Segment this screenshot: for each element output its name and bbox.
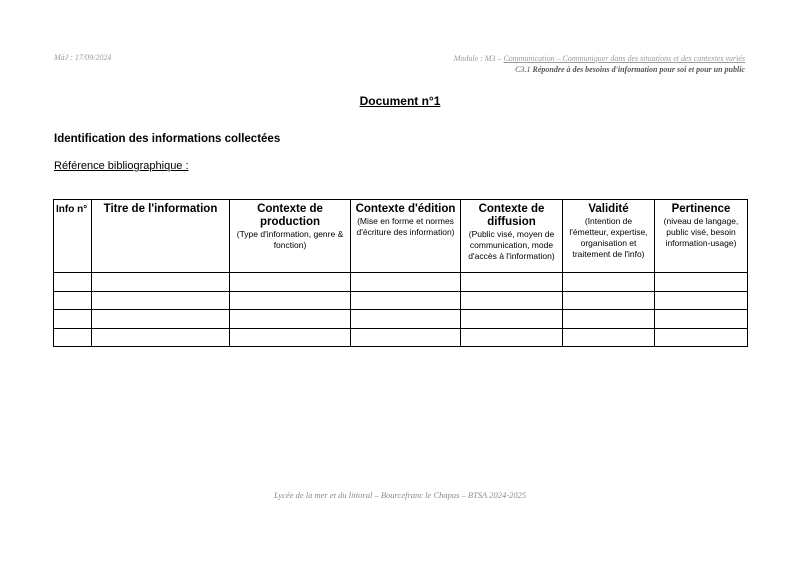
table-cell[interactable] xyxy=(230,310,351,329)
column-header-production-context: Contexte de production (Type d'informati… xyxy=(230,200,351,273)
module-name: Communication – Communiquer dans des sit… xyxy=(503,54,745,63)
table-cell[interactable] xyxy=(92,291,230,310)
table-cell[interactable] xyxy=(230,273,351,292)
table-cell[interactable] xyxy=(655,328,748,347)
table-row xyxy=(54,310,748,329)
table-cell[interactable] xyxy=(461,328,563,347)
table-cell[interactable] xyxy=(563,273,655,292)
table-row xyxy=(54,273,748,292)
table-cell[interactable] xyxy=(351,291,461,310)
module-header: Module : M3 – Communication – Communique… xyxy=(454,53,745,75)
table-cell[interactable] xyxy=(351,310,461,329)
competency-code: C3.1 xyxy=(515,65,530,74)
table-cell[interactable] xyxy=(655,273,748,292)
module-prefix: Module : M3 – xyxy=(454,54,504,63)
information-table: Info n° Titre de l'information Contexte … xyxy=(53,199,748,347)
page-footer: Lycée de la mer et du littoral – Bourcef… xyxy=(0,490,800,500)
column-header-validity: Validité (Intention de l'émetteur, exper… xyxy=(563,200,655,273)
section-title: Identification des informations collecté… xyxy=(54,133,280,145)
column-header-info-number: Info n° xyxy=(54,200,92,273)
table-cell[interactable] xyxy=(461,273,563,292)
table-row xyxy=(54,328,748,347)
column-header-edition-context: Contexte d'édition (Mise en forme et nor… xyxy=(351,200,461,273)
table-cell[interactable] xyxy=(655,291,748,310)
table-cell[interactable] xyxy=(563,310,655,329)
table-cell[interactable] xyxy=(351,328,461,347)
table-header-row: Info n° Titre de l'information Contexte … xyxy=(54,200,748,273)
table-cell[interactable] xyxy=(54,310,92,329)
update-date: MàJ : 17/09/2024 xyxy=(54,53,111,62)
table-cell[interactable] xyxy=(655,310,748,329)
document-title: Document n°1 xyxy=(0,94,800,108)
table-cell[interactable] xyxy=(351,273,461,292)
table-cell[interactable] xyxy=(54,328,92,347)
table-cell[interactable] xyxy=(230,291,351,310)
module-line: Module : M3 – Communication – Communique… xyxy=(454,53,745,64)
competency-line: C3.1 Répondre à des besoins d'informatio… xyxy=(454,64,745,75)
table-cell[interactable] xyxy=(54,273,92,292)
column-header-diffusion-context: Contexte de diffusion (Public visé, moye… xyxy=(461,200,563,273)
column-header-relevance: Pertinence (niveau de langage, public vi… xyxy=(655,200,748,273)
column-header-title: Titre de l'information xyxy=(92,200,230,273)
bibliographic-reference-label: Référence bibliographique : xyxy=(54,160,189,172)
table-cell[interactable] xyxy=(563,291,655,310)
table-cell[interactable] xyxy=(461,291,563,310)
table-cell[interactable] xyxy=(92,328,230,347)
table-cell[interactable] xyxy=(92,310,230,329)
table-row xyxy=(54,291,748,310)
competency-text: Répondre à des besoins d'information pou… xyxy=(533,65,745,74)
table-cell[interactable] xyxy=(92,273,230,292)
table-cell[interactable] xyxy=(461,310,563,329)
table-cell[interactable] xyxy=(54,291,92,310)
table-cell[interactable] xyxy=(230,328,351,347)
table-cell[interactable] xyxy=(563,328,655,347)
